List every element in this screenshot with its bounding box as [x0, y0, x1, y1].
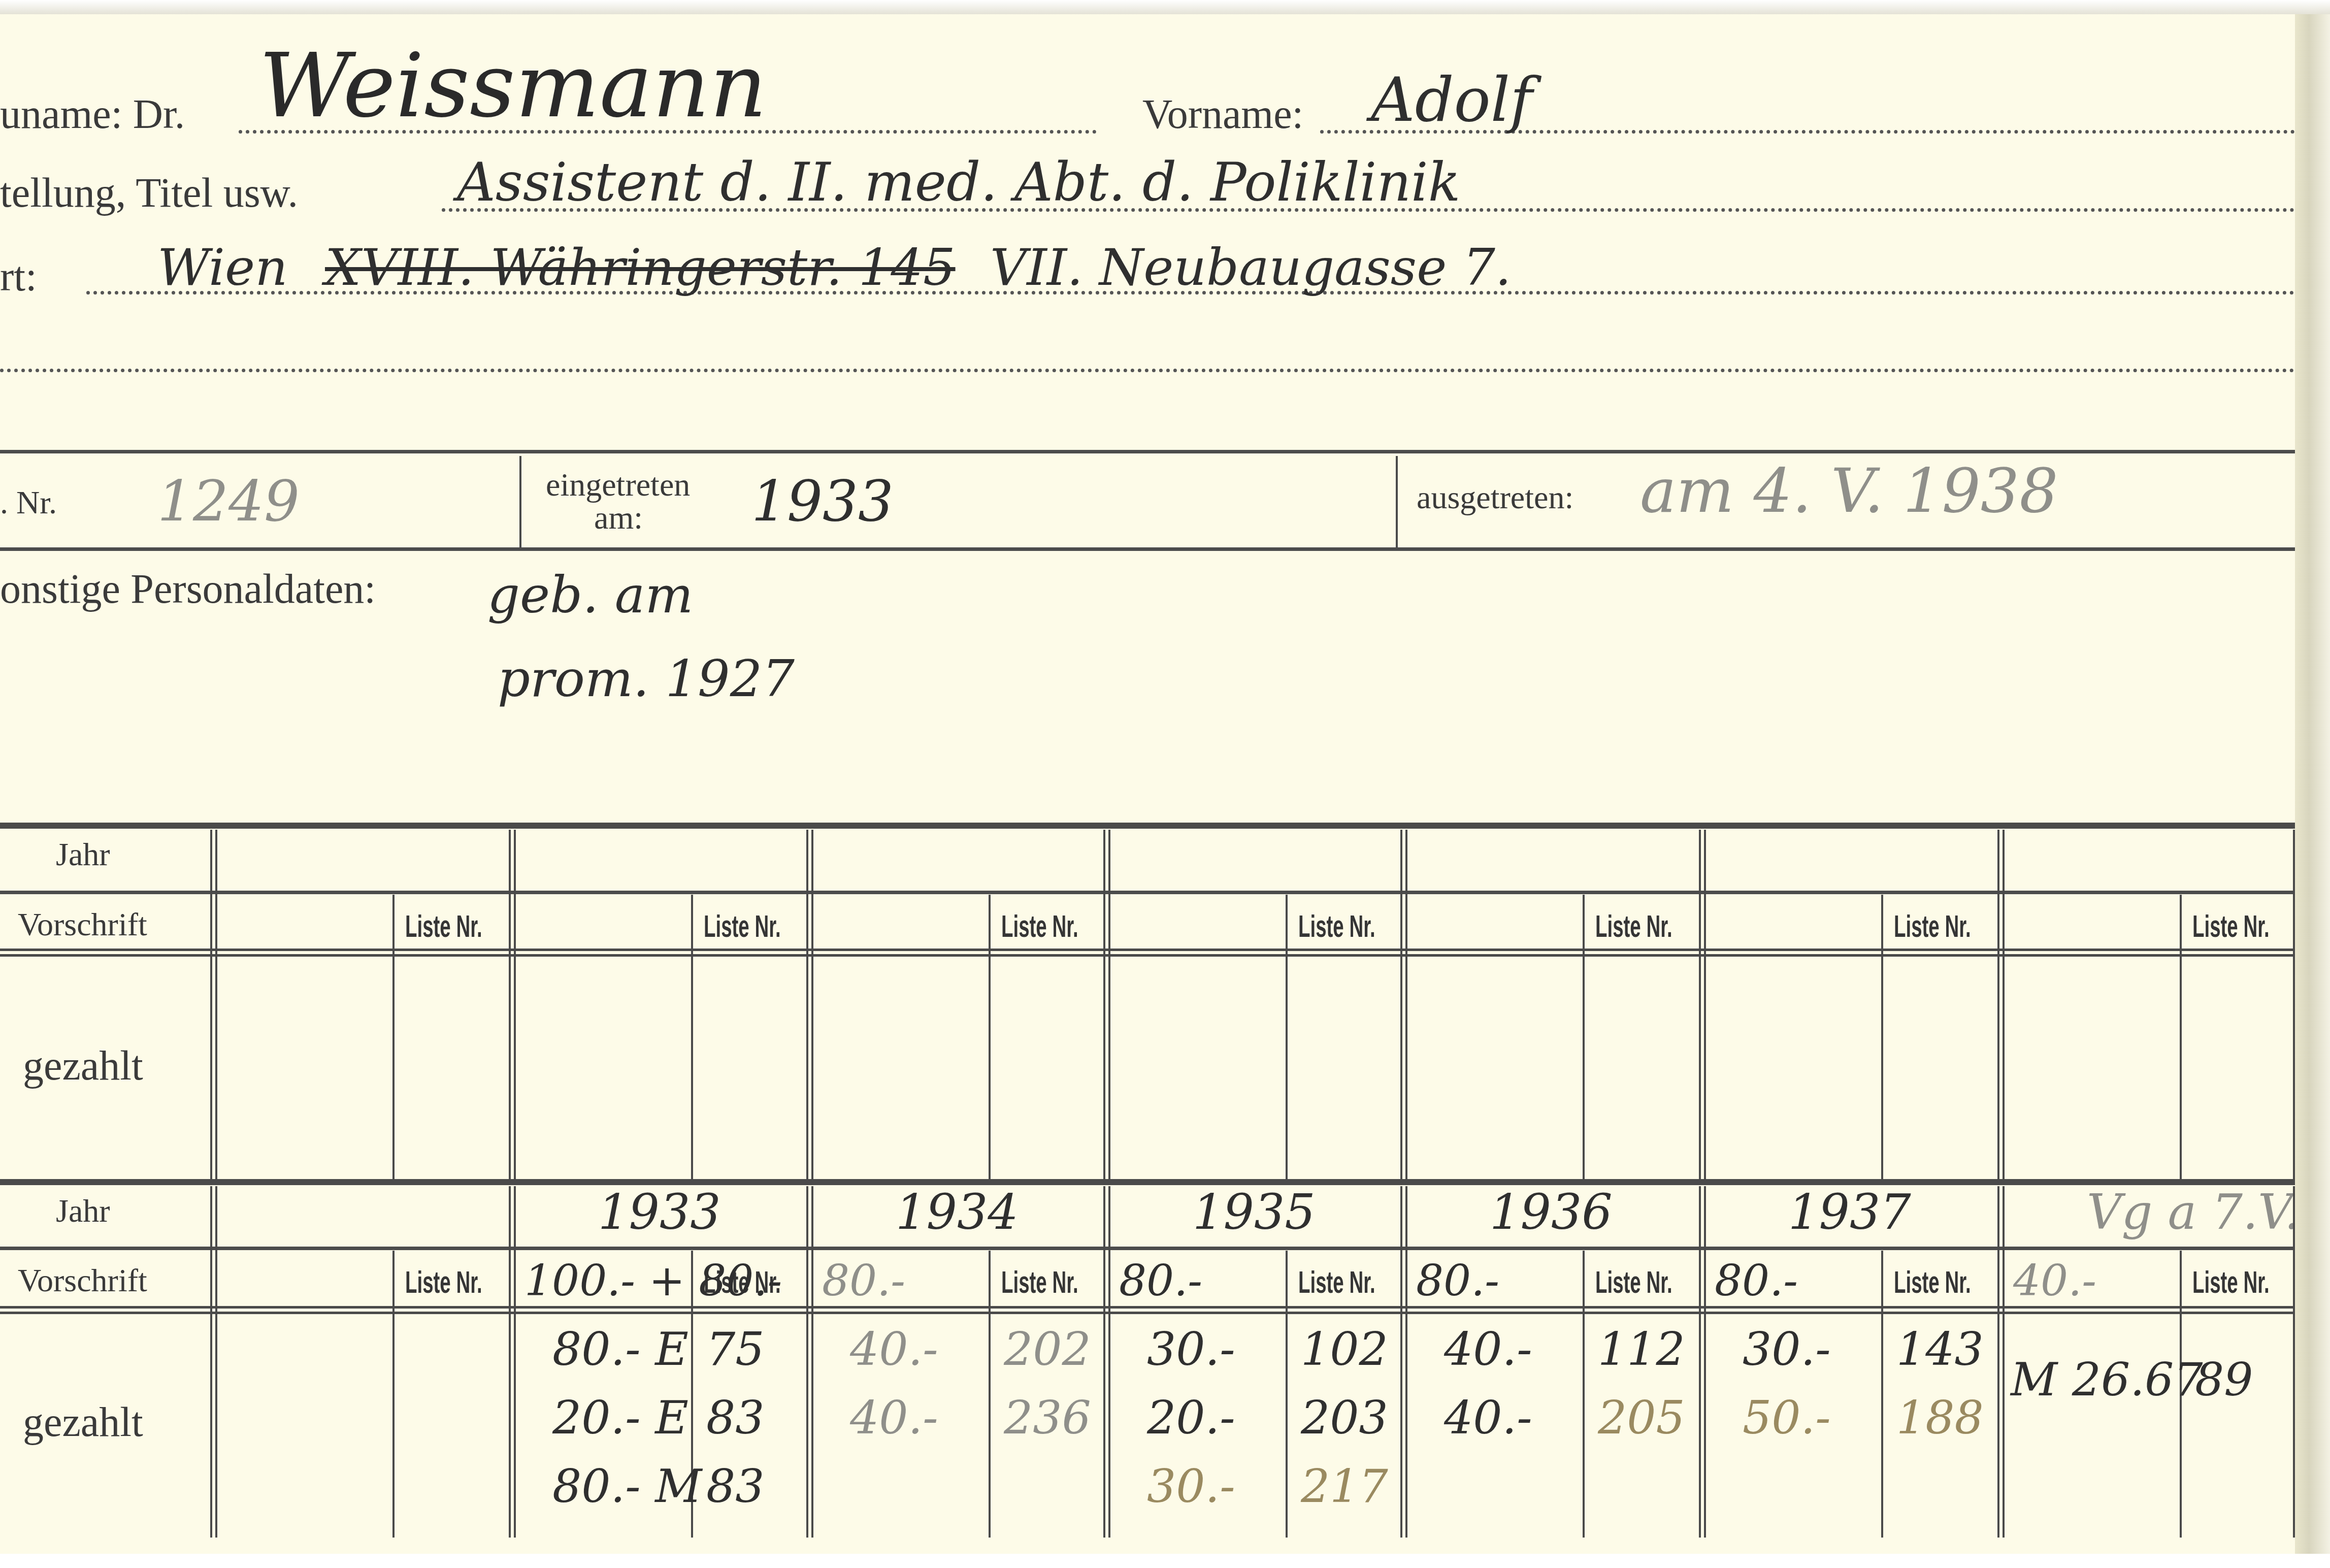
list-divider — [2180, 895, 2182, 1182]
place-city: Wien — [157, 238, 288, 297]
list-divider — [1881, 1251, 1883, 1538]
number-value: 1249 — [157, 469, 300, 534]
column-divider — [509, 1186, 516, 1538]
card-right-edge — [2295, 14, 2330, 1554]
place-old-address: XVIII. Währingerstr. 145 — [325, 238, 956, 297]
row-label-paid: gezahlt — [23, 1398, 143, 1446]
row-label-prescribed: Vorschrift — [18, 906, 147, 943]
paid-value: 40.- — [850, 1391, 938, 1445]
list-number-header: Liste Nr. — [704, 908, 781, 944]
firstname-value: Adolf — [1371, 65, 1533, 136]
column-divider — [1400, 830, 1407, 1182]
list-number-header: Liste Nr. — [1595, 1264, 1672, 1300]
place-new-address: VII. Neubaugasse 7. — [990, 238, 1512, 297]
number-label: . Nr. — [0, 484, 57, 521]
left-value: am 4. V. 1938 — [1640, 456, 2058, 527]
column-divider — [210, 1186, 217, 1538]
joined-label-am: am: — [594, 499, 643, 537]
paid-value: 30.- — [1147, 1323, 1235, 1376]
list-divider — [989, 895, 991, 1182]
prescribed-value: 80.- — [1416, 1256, 1499, 1306]
list-number-header: Liste Nr. — [1894, 908, 1971, 944]
personal-label: onstige Personaldaten: — [0, 565, 376, 613]
list-number-value: 203 — [1301, 1391, 1388, 1445]
list-number-value: 83 — [706, 1460, 765, 1513]
list-number-header: Liste Nr. — [2192, 908, 2270, 944]
year-value: 1935 — [1193, 1185, 1316, 1240]
paid-value: 30.- — [1743, 1323, 1831, 1376]
column-divider — [509, 830, 516, 1182]
paid-value: 40.- — [1444, 1391, 1532, 1445]
prescribed-row-rule — [0, 1306, 2295, 1314]
paid-value: 50.- — [1743, 1391, 1831, 1445]
prescribed-value: 40.- — [2013, 1256, 2096, 1306]
column-divider — [1103, 1186, 1110, 1538]
column-divider — [210, 830, 217, 1182]
column-divider — [1997, 830, 2005, 1182]
column-divider — [1699, 830, 1706, 1182]
list-divider — [691, 895, 693, 1182]
table-top-rule — [0, 1179, 2295, 1185]
list-number-header: Liste Nr. — [1001, 1264, 1078, 1300]
year-value: 1933 — [598, 1185, 721, 1240]
year-value: 1937 — [1788, 1185, 1911, 1240]
prescribed-value: 100.- + 80.- — [524, 1256, 782, 1306]
list-number-header: Liste Nr. — [405, 908, 482, 944]
prescribed-value: 80.- — [1119, 1256, 1202, 1306]
paid-value: 40.- — [850, 1323, 938, 1376]
surname-value: Weissmann — [259, 35, 767, 138]
row-label-prescribed: Vorschrift — [18, 1262, 147, 1299]
prescribed-value: 80.- — [822, 1256, 905, 1306]
list-number-value: 202 — [1004, 1323, 1091, 1376]
paid-value: M 26.67 — [2011, 1353, 2203, 1407]
row-label-year: Jahr — [56, 836, 110, 873]
paid-value: 40.- — [1444, 1323, 1532, 1376]
list-divider — [989, 1251, 991, 1538]
column-divider — [806, 1186, 813, 1538]
list-number-header: Liste Nr. — [1894, 1264, 1971, 1300]
row-label-year: Jahr — [56, 1192, 110, 1230]
paid-value: 20.- E — [552, 1391, 688, 1445]
divider — [519, 456, 521, 547]
place-label: rt: — [0, 253, 37, 301]
list-divider — [1286, 895, 1288, 1182]
list-divider — [392, 895, 395, 1182]
list-divider — [1583, 1251, 1585, 1538]
table-top-rule — [0, 823, 2295, 829]
list-number-value: 83 — [706, 1391, 765, 1445]
list-number-value: 205 — [1598, 1391, 1685, 1445]
list-divider — [1881, 895, 1883, 1182]
column-divider — [1103, 830, 1110, 1182]
list-number-value: 102 — [1301, 1323, 1388, 1376]
membership-card: uname: Dr. Weissmann Vorname: Adolf tell… — [0, 14, 2295, 1554]
divider — [1396, 456, 1398, 547]
prescribed-row-rule — [0, 949, 2295, 957]
list-number-value: 75 — [706, 1323, 765, 1376]
list-number-header: Liste Nr. — [1298, 1264, 1375, 1300]
year-row-rule — [0, 1247, 2295, 1250]
blank-line — [0, 369, 2295, 372]
list-number-value: 143 — [1896, 1323, 1984, 1376]
year-value: 1936 — [1490, 1185, 1613, 1240]
list-divider — [1583, 895, 1585, 1182]
list-number-header: Liste Nr. — [1001, 908, 1078, 944]
list-number-value: 217 — [1301, 1460, 1388, 1513]
year-row-rule — [0, 891, 2295, 894]
list-number-header: Liste Nr. — [1298, 908, 1375, 944]
list-number-header: Liste Nr. — [405, 1264, 482, 1300]
surname-label: uname: Dr. — [0, 90, 185, 138]
paid-value: 80.- M — [552, 1460, 702, 1513]
paid-value: 20.- — [1147, 1391, 1235, 1445]
list-number-value: 89 — [2195, 1353, 2253, 1407]
personal-line-2: prom. 1927 — [498, 649, 795, 708]
paid-value: 30.- — [1147, 1460, 1235, 1513]
position-label: tellung, Titel usw. — [0, 169, 298, 217]
prescribed-value: 80.- — [1715, 1256, 1798, 1306]
rule — [0, 450, 2295, 453]
column-divider — [806, 830, 813, 1182]
column-divider — [1699, 1186, 1706, 1538]
list-number-header: Liste Nr. — [2192, 1264, 2270, 1300]
joined-value: 1933 — [751, 469, 894, 534]
list-number-value: 188 — [1896, 1391, 1984, 1445]
left-label: ausgetreten: — [1417, 479, 1573, 516]
row-label-paid: gezahlt — [23, 1042, 143, 1090]
rule — [0, 547, 2295, 551]
column-divider — [1997, 1186, 2005, 1538]
list-number-value: 112 — [1598, 1323, 1685, 1376]
list-number-header: Liste Nr. — [1595, 908, 1672, 944]
joined-label: eingetreten — [546, 466, 690, 504]
list-divider — [392, 1251, 395, 1538]
paid-value: 80.- E — [552, 1323, 688, 1376]
column-divider — [1400, 1186, 1407, 1538]
year-value: 1934 — [896, 1185, 1019, 1240]
position-value: Assistent d. II. med. Abt. d. Poliklinik — [457, 151, 1460, 213]
list-number-value: 236 — [1004, 1391, 1091, 1445]
firstname-label: Vorname: — [1142, 90, 1303, 138]
scan-top-edge — [0, 0, 2330, 14]
personal-line-1: geb. am — [487, 565, 693, 625]
list-divider — [1286, 1251, 1288, 1538]
